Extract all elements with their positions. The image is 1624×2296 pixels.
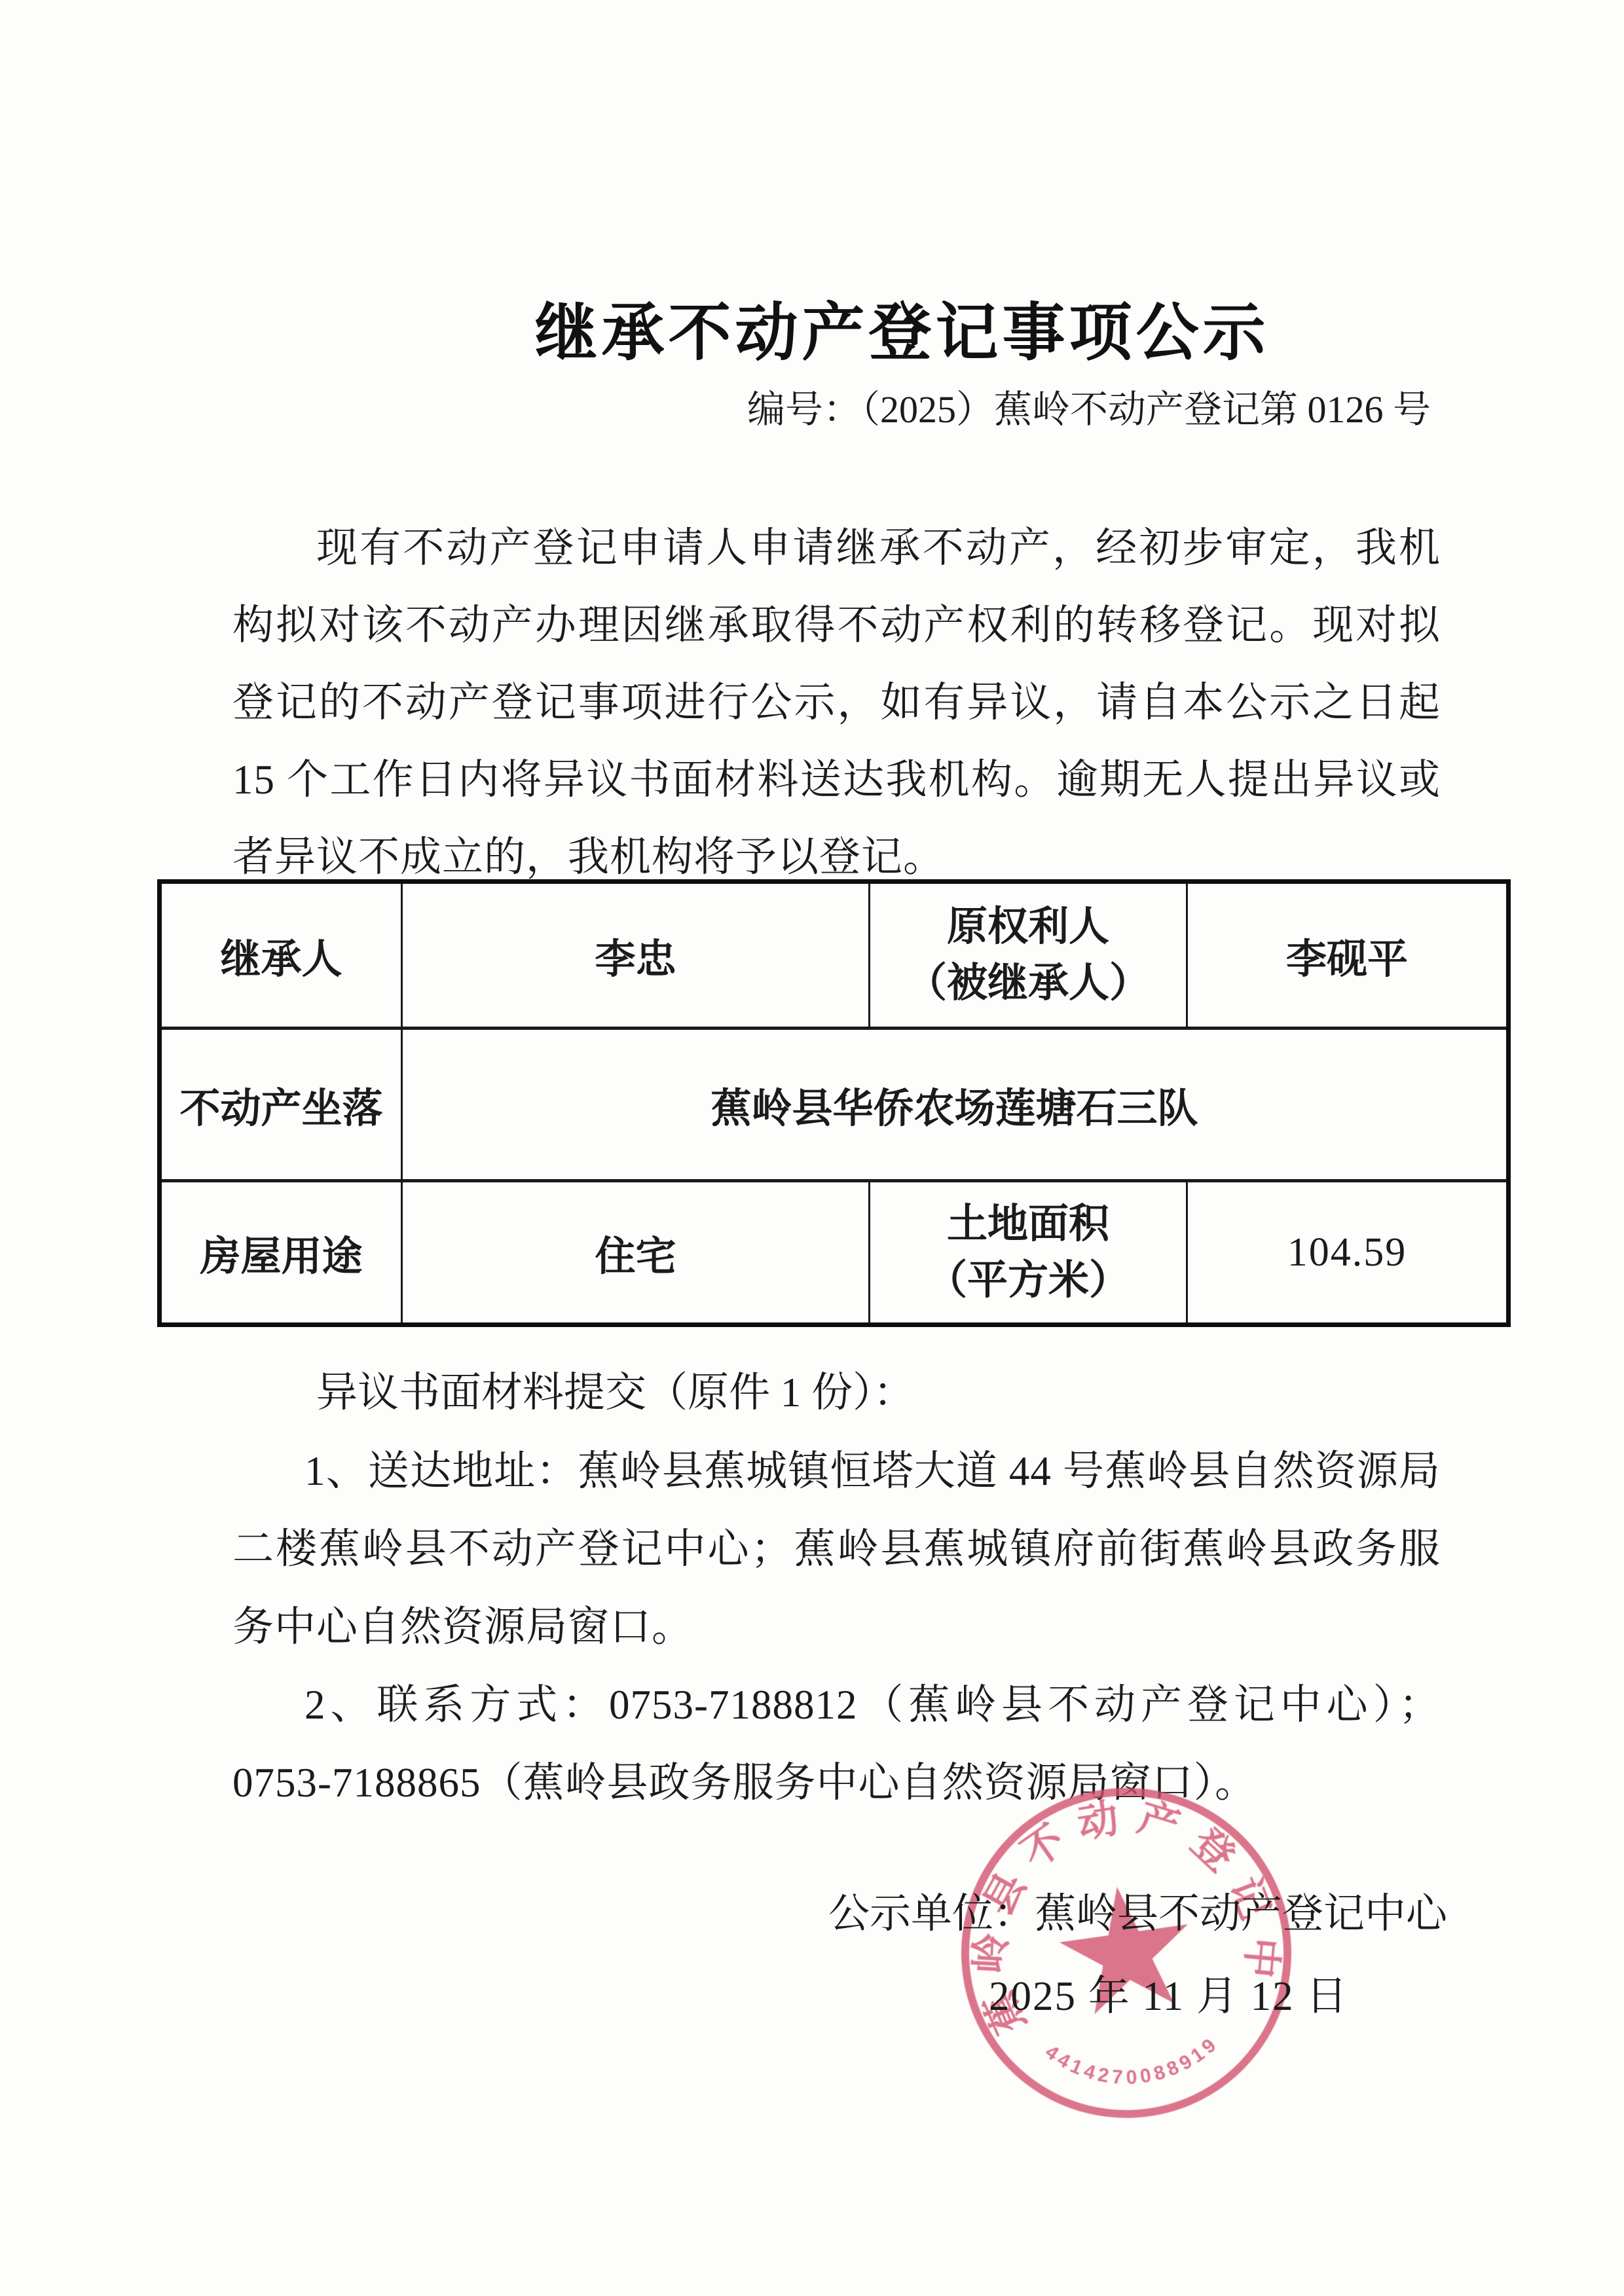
heir-value: 李忠 [402,882,870,1029]
property-location-value: 蕉岭县华侨农场莲塘石三队 [402,1029,1509,1181]
stamp-code-holder: 4414270088919 [1039,2018,1227,2101]
table-row: 房屋用途 住宅 土地面积 （平方米） 104.59 [160,1181,1509,1325]
delivery-address-item: 1、送达地址：蕉岭县蕉城镇恒塔大道 44 号蕉岭县自然资源局二楼蕉岭县不动产登记… [232,1432,1441,1666]
house-usage-label: 房屋用途 [160,1181,402,1325]
table-row: 不动产坐落 蕉岭县华侨农场莲塘石三队 [160,1029,1509,1181]
registration-table: 继承人 李忠 原权利人 （被继承人） 李砚平 不动产坐落 蕉岭县华侨农场莲塘石三… [157,879,1511,1327]
doc-number: 编号：（2025）蕉岭不动产登记第 0126 号 [232,378,1431,433]
original-holder-label: 原权利人 （被继承人） [870,882,1187,1029]
official-stamp: 蕉岭县不动产登记中心 4414270088919 [933,1760,1319,2146]
issuer-line: 公示单位：蕉岭县不动产登记中心 [828,1880,1447,1940]
original-holder-value: 李砚平 [1187,882,1509,1029]
document-page: 继承不动产登记事项公示 编号：（2025）蕉岭不动产登记第 0126 号 现有不… [0,0,1624,2296]
date-line: 2025 年 11 月 12 日 [989,1963,1348,2022]
document-title: 继承不动产登记事项公示 [298,283,1506,373]
house-usage-value: 住宅 [402,1181,870,1325]
objection-note: 异议书面材料提交（原件 1 份）： [232,1354,1441,1431]
property-location-label: 不动产坐落 [160,1029,402,1181]
land-area-value: 104.59 [1187,1181,1509,1325]
land-area-label-line2: （平方米） [876,1252,1181,1309]
heir-label: 继承人 [160,882,402,1029]
land-area-label: 土地面积 （平方米） [870,1181,1187,1325]
table-row: 继承人 李忠 原权利人 （被继承人） 李砚平 [160,882,1509,1029]
body-paragraph: 现有不动产登记申请人申请继承不动产，经初步审定，我机构拟对该不动产办理因继承取得… [232,509,1441,896]
land-area-label-line1: 土地面积 [876,1196,1181,1252]
original-holder-label-line2: （被继承人） [876,955,1181,1011]
original-holder-label-line1: 原权利人 [876,899,1181,955]
stamp-code: 4414270088919 [1039,2018,1227,2101]
